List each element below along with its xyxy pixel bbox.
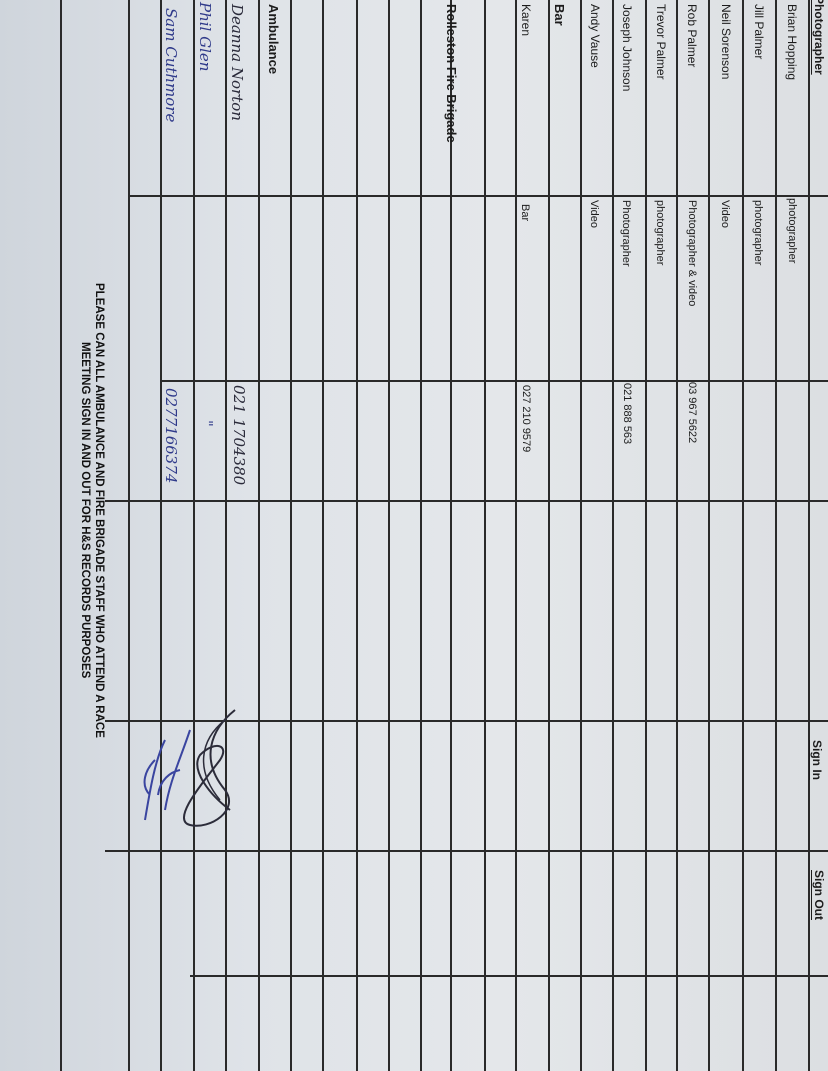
sign-in-sheet: Photographer Sign In Sign Out Brian Hopp… <box>0 0 828 1071</box>
handwritten-name: Phil Glen <box>196 2 214 71</box>
section-title-bar: Bar <box>552 4 567 26</box>
row-phone: 03 967 5622 <box>686 382 698 443</box>
row-divider <box>160 0 162 1071</box>
column-divider <box>160 380 828 382</box>
row-divider <box>548 0 550 1071</box>
notice-line-1: PLEASE CAN ALL AMBULANCE AND FIRE BRIGAD… <box>92 130 106 890</box>
row-divider <box>450 0 452 1071</box>
row-divider <box>484 0 486 1071</box>
row-divider <box>742 0 744 1071</box>
sign-out-header: Sign Out <box>812 870 826 920</box>
handwritten-phone: 021 1704380 <box>230 385 248 485</box>
row-divider <box>388 0 390 1071</box>
row-divider <box>808 0 810 1071</box>
row-divider <box>775 0 777 1071</box>
row-name: Neil Sorenson <box>719 4 733 79</box>
row-divider <box>356 0 358 1071</box>
row-role: photographer <box>752 200 764 265</box>
notice-text: PLEASE CAN ALL AMBULANCE AND FIRE BRIGAD… <box>78 130 106 890</box>
handwritten-phone: 0277166374 <box>162 388 180 483</box>
row-name: Andy Vause <box>588 4 602 68</box>
row-name: Brian Hopping <box>785 4 799 80</box>
row-role: photographer <box>786 198 798 263</box>
row-divider <box>258 0 260 1071</box>
row-role: photographer <box>654 200 666 265</box>
row-divider <box>708 0 710 1071</box>
row-role: Bar <box>519 204 531 221</box>
row-role: Photographer & video <box>686 200 698 306</box>
handwritten-name: Sam Cuthmore <box>162 8 180 122</box>
row-role: Photographer <box>620 200 632 267</box>
row-role: Video <box>588 200 600 228</box>
row-divider <box>290 0 292 1071</box>
row-divider <box>676 0 678 1071</box>
row-divider <box>420 0 422 1071</box>
row-name: Karen <box>519 4 533 36</box>
photographer-header: Photographer <box>812 0 826 75</box>
row-name: Joseph Johnson <box>620 4 634 91</box>
sign-in-header: Sign In <box>810 740 824 780</box>
row-divider <box>60 0 62 1071</box>
row-divider <box>322 0 324 1071</box>
row-name: Trevor Palmer <box>654 4 668 80</box>
row-phone: 027 210 9579 <box>520 385 532 452</box>
handwritten-phone: " <box>198 420 216 427</box>
row-divider <box>580 0 582 1071</box>
column-divider <box>105 850 828 852</box>
row-divider <box>612 0 614 1071</box>
row-divider <box>193 0 195 1071</box>
column-divider <box>105 500 828 502</box>
row-role: Video <box>719 200 731 228</box>
row-divider <box>225 0 227 1071</box>
column-divider <box>190 975 828 977</box>
row-divider <box>645 0 647 1071</box>
row-phone: 021 888 563 <box>621 383 633 444</box>
section-title-fire-brigade: Rolleston Fire Brigade <box>444 4 459 143</box>
row-divider <box>128 0 130 1071</box>
row-name: Jill Palmer <box>752 4 766 59</box>
section-title-ambulance: Ambulance <box>266 4 281 74</box>
notice-line-2: MEETING SIGN IN AND OUT FOR H&S RECORDS … <box>78 130 92 890</box>
row-name: Rob Palmer <box>685 4 699 67</box>
signature-scribble <box>130 700 250 840</box>
column-divider <box>128 195 828 197</box>
row-divider <box>515 0 517 1071</box>
handwritten-name: Deanna Norton <box>228 4 246 121</box>
